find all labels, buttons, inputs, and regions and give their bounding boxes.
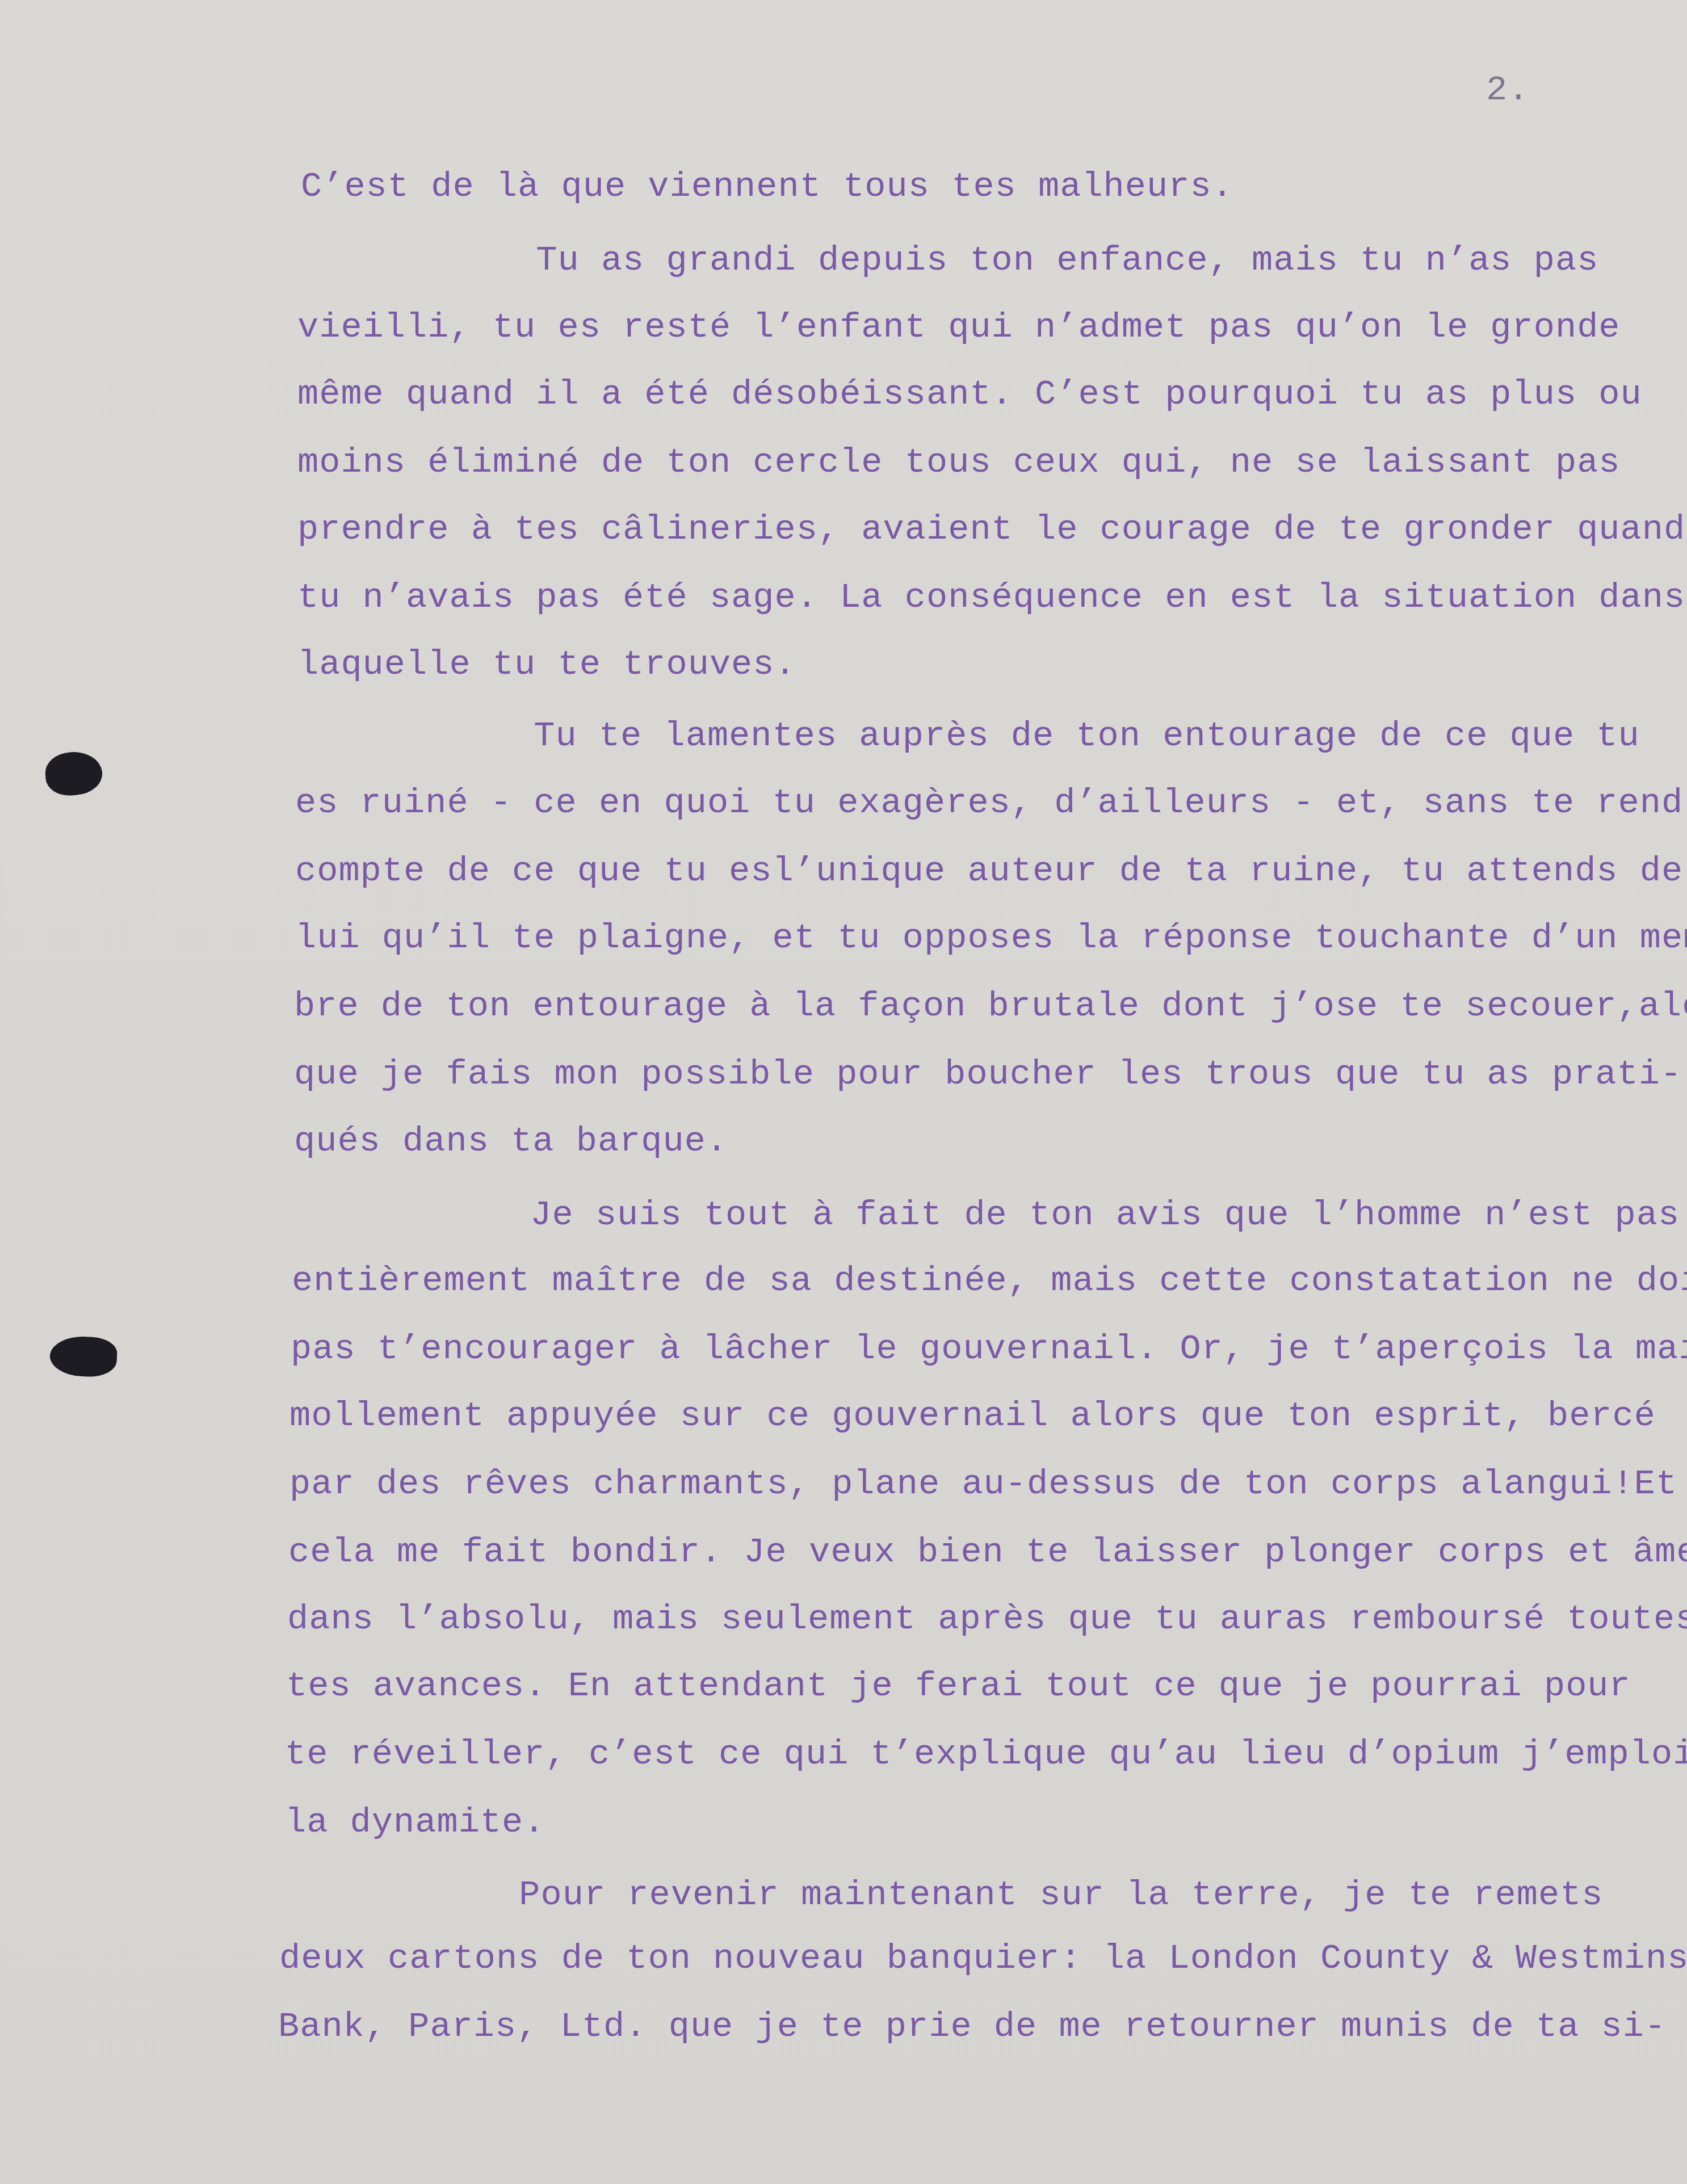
punch-hole bbox=[49, 1335, 118, 1378]
text-line: deux cartons de ton nouveau banquier: la… bbox=[279, 1941, 1687, 1976]
text-line: tes avances. En attendant je ferai tout … bbox=[286, 1669, 1631, 1704]
typewritten-letter-page: 2. C’est de là que viennent tous tes mal… bbox=[0, 0, 1687, 2184]
text-line: compte de ce que tu esl’unique auteur de… bbox=[295, 854, 1683, 889]
text-line: Pour revenir maintenant sur la terre, je… bbox=[280, 1878, 1604, 1913]
text-line: dans l’absolu, mais seulement après que … bbox=[287, 1602, 1687, 1637]
text-line: bre de ton entourage à la façon brutale … bbox=[294, 989, 1687, 1024]
text-line: la dynamite. bbox=[285, 1805, 545, 1840]
text-line: C’est de là que viennent tous tes malheu… bbox=[301, 169, 1233, 204]
text-line: te réveiller, c’est ce qui t’explique qu… bbox=[285, 1737, 1687, 1772]
punch-hole bbox=[44, 750, 103, 797]
text-line: es ruiné - ce en quoi tu exagères, d’ail… bbox=[295, 786, 1687, 821]
text-line: Tu te lamentes auprès de ton entourage d… bbox=[295, 719, 1640, 754]
text-line: même quand il a été désobéissant. C’est … bbox=[297, 377, 1642, 412]
text-line: qués dans ta barque. bbox=[294, 1124, 728, 1159]
text-line: laquelle tu te trouves. bbox=[297, 647, 796, 682]
text-line: Bank, Paris, Ltd. que je te prie de me r… bbox=[278, 2009, 1666, 2044]
page-number: 2. bbox=[1486, 73, 1529, 108]
text-line: tu n’avais pas été sage. La conséquence … bbox=[297, 580, 1685, 615]
text-line: lui qu’il te plaigne, et tu opposes la r… bbox=[295, 921, 1687, 956]
text-line: cela me fait bondir. Je veux bien te lai… bbox=[288, 1535, 1687, 1570]
text-line: entièrement maître de sa destinée, mais … bbox=[292, 1263, 1687, 1299]
text-line: moins éliminé de ton cercle tous ceux qu… bbox=[297, 445, 1621, 480]
text-line: mollement appuyée sur ce gouvernail alor… bbox=[289, 1398, 1656, 1434]
text-line: Tu as grandi depuis ton enfance, mais tu… bbox=[297, 243, 1598, 278]
text-line: vieilli, tu es resté l’enfant qui n’adme… bbox=[297, 310, 1621, 345]
text-line: par des rêves charmants, plane au-dessus… bbox=[289, 1467, 1677, 1502]
text-line: pas t’encourager à lâcher le gouvernail.… bbox=[291, 1332, 1687, 1367]
text-line: Je suis tout à fait de ton avis que l’ho… bbox=[292, 1198, 1680, 1233]
text-line: prendre à tes câlineries, avaient le cou… bbox=[297, 512, 1685, 547]
text-line: que je fais mon possible pour boucher le… bbox=[294, 1057, 1682, 1092]
